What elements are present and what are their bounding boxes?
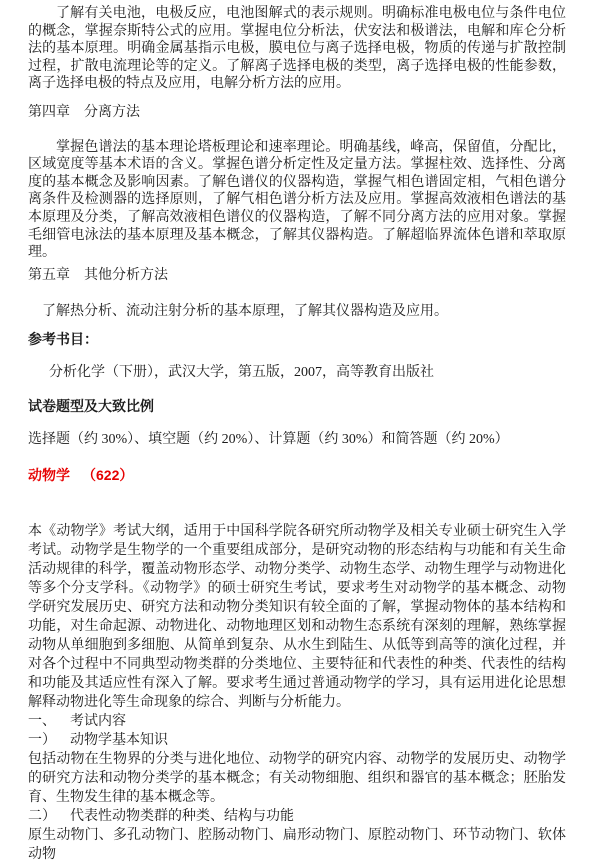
- references-heading: 参考书目：: [28, 331, 566, 349]
- outline-sub-2-title: 代表性动物类群的种类、结构与功能: [70, 809, 294, 824]
- outline-sub-2: 二）代表性动物类群的种类、结构与功能: [28, 807, 566, 826]
- zoology-title: 动物学: [28, 467, 70, 483]
- chapter5-heading: 第五章 其他分析方法: [28, 267, 566, 285]
- reference-item: 分析化学（下册），武汉大学，第五版，2007，高等教育出版社: [28, 364, 566, 382]
- outline-sub-2-marker: 二）: [28, 807, 56, 826]
- outline-section-1: 一、考试内容: [28, 712, 566, 731]
- paragraph-chromatography: 掌握色谱法的基本理论塔板理论和速率理论。明确基线，峰高，保留值，分配比，区域宽度…: [28, 139, 566, 262]
- exam-format-heading: 试卷题型及大致比例: [28, 398, 566, 416]
- chapter4-heading: 第四章 分离方法: [28, 104, 566, 122]
- outline-sub-1-marker: 一）: [28, 731, 56, 750]
- outline-sub-2-body: 原生动物门、多孔动物门、腔肠动物门、扁形动物门、原腔动物门、环节动物门、软体动物: [28, 826, 566, 860]
- outline-sub-1-body: 包括动物在生物界的分类与进化地位、动物学的研究内容、动物学的发展历史、动物学的研…: [28, 750, 566, 807]
- zoology-intro-paragraph: 本《动物学》考试大纲，适用于中国科学院各研究所动物学及相关专业硕士研究生入学考试…: [28, 522, 566, 712]
- paragraph-other-methods: 了解热分析、流动注射分析的基本原理，了解其仪器构造及应用。: [28, 303, 566, 321]
- document-page: 了解有关电池，电极反应，电池图解式的表示规则。明确标准电极电位与条件电位的概念，…: [0, 0, 594, 860]
- zoology-outline: 一、考试内容 一）动物学基本知识 包括动物在生物界的分类与进化地位、动物学的研究…: [28, 712, 566, 860]
- outline-section-1-title: 考试内容: [70, 714, 126, 729]
- outline-sub-1: 一）动物学基本知识: [28, 731, 566, 750]
- zoology-heading: 动物学（622）: [28, 467, 566, 485]
- outline-section-1-marker: 一、: [28, 712, 56, 731]
- exam-format-text: 选择题（约 30%）、填空题（约 20%）、计算题（约 30%）和简答题（约 2…: [28, 431, 566, 449]
- outline-sub-1-title: 动物学基本知识: [70, 733, 168, 748]
- zoology-course-code: （622）: [82, 467, 133, 483]
- paragraph-electrochemistry: 了解有关电池，电极反应，电池图解式的表示规则。明确标准电极电位与条件电位的概念，…: [28, 5, 566, 93]
